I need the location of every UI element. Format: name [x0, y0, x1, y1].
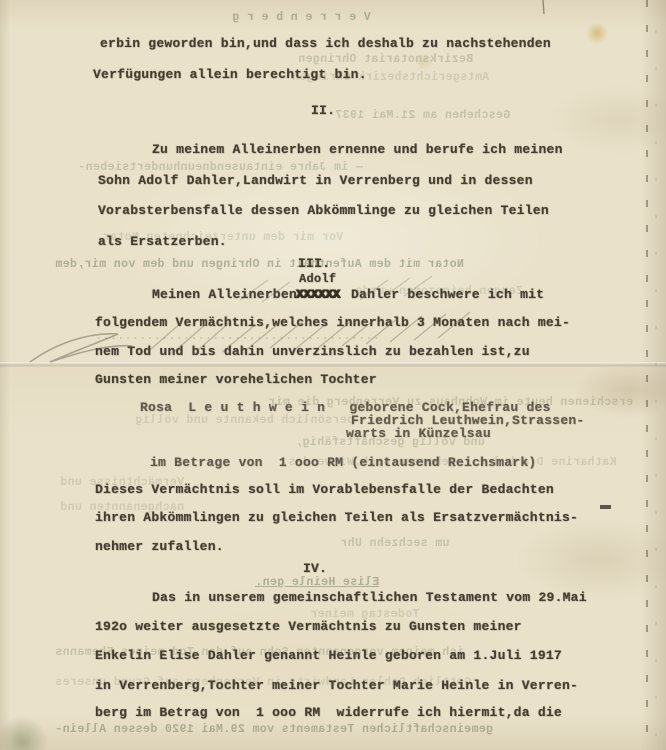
pencil-hatch-strokes	[150, 312, 470, 352]
scanned-testament-page: V e r r e n b e r gBezirksnotariat Öhrin…	[0, 0, 666, 750]
top-edge-nick	[543, 0, 544, 14]
ink-tick-mark	[600, 505, 611, 509]
pencil-scrawl	[30, 334, 132, 362]
pencil-scribbles-overlay	[0, 0, 666, 750]
pencil-hatch-strokes-upper	[240, 276, 432, 302]
